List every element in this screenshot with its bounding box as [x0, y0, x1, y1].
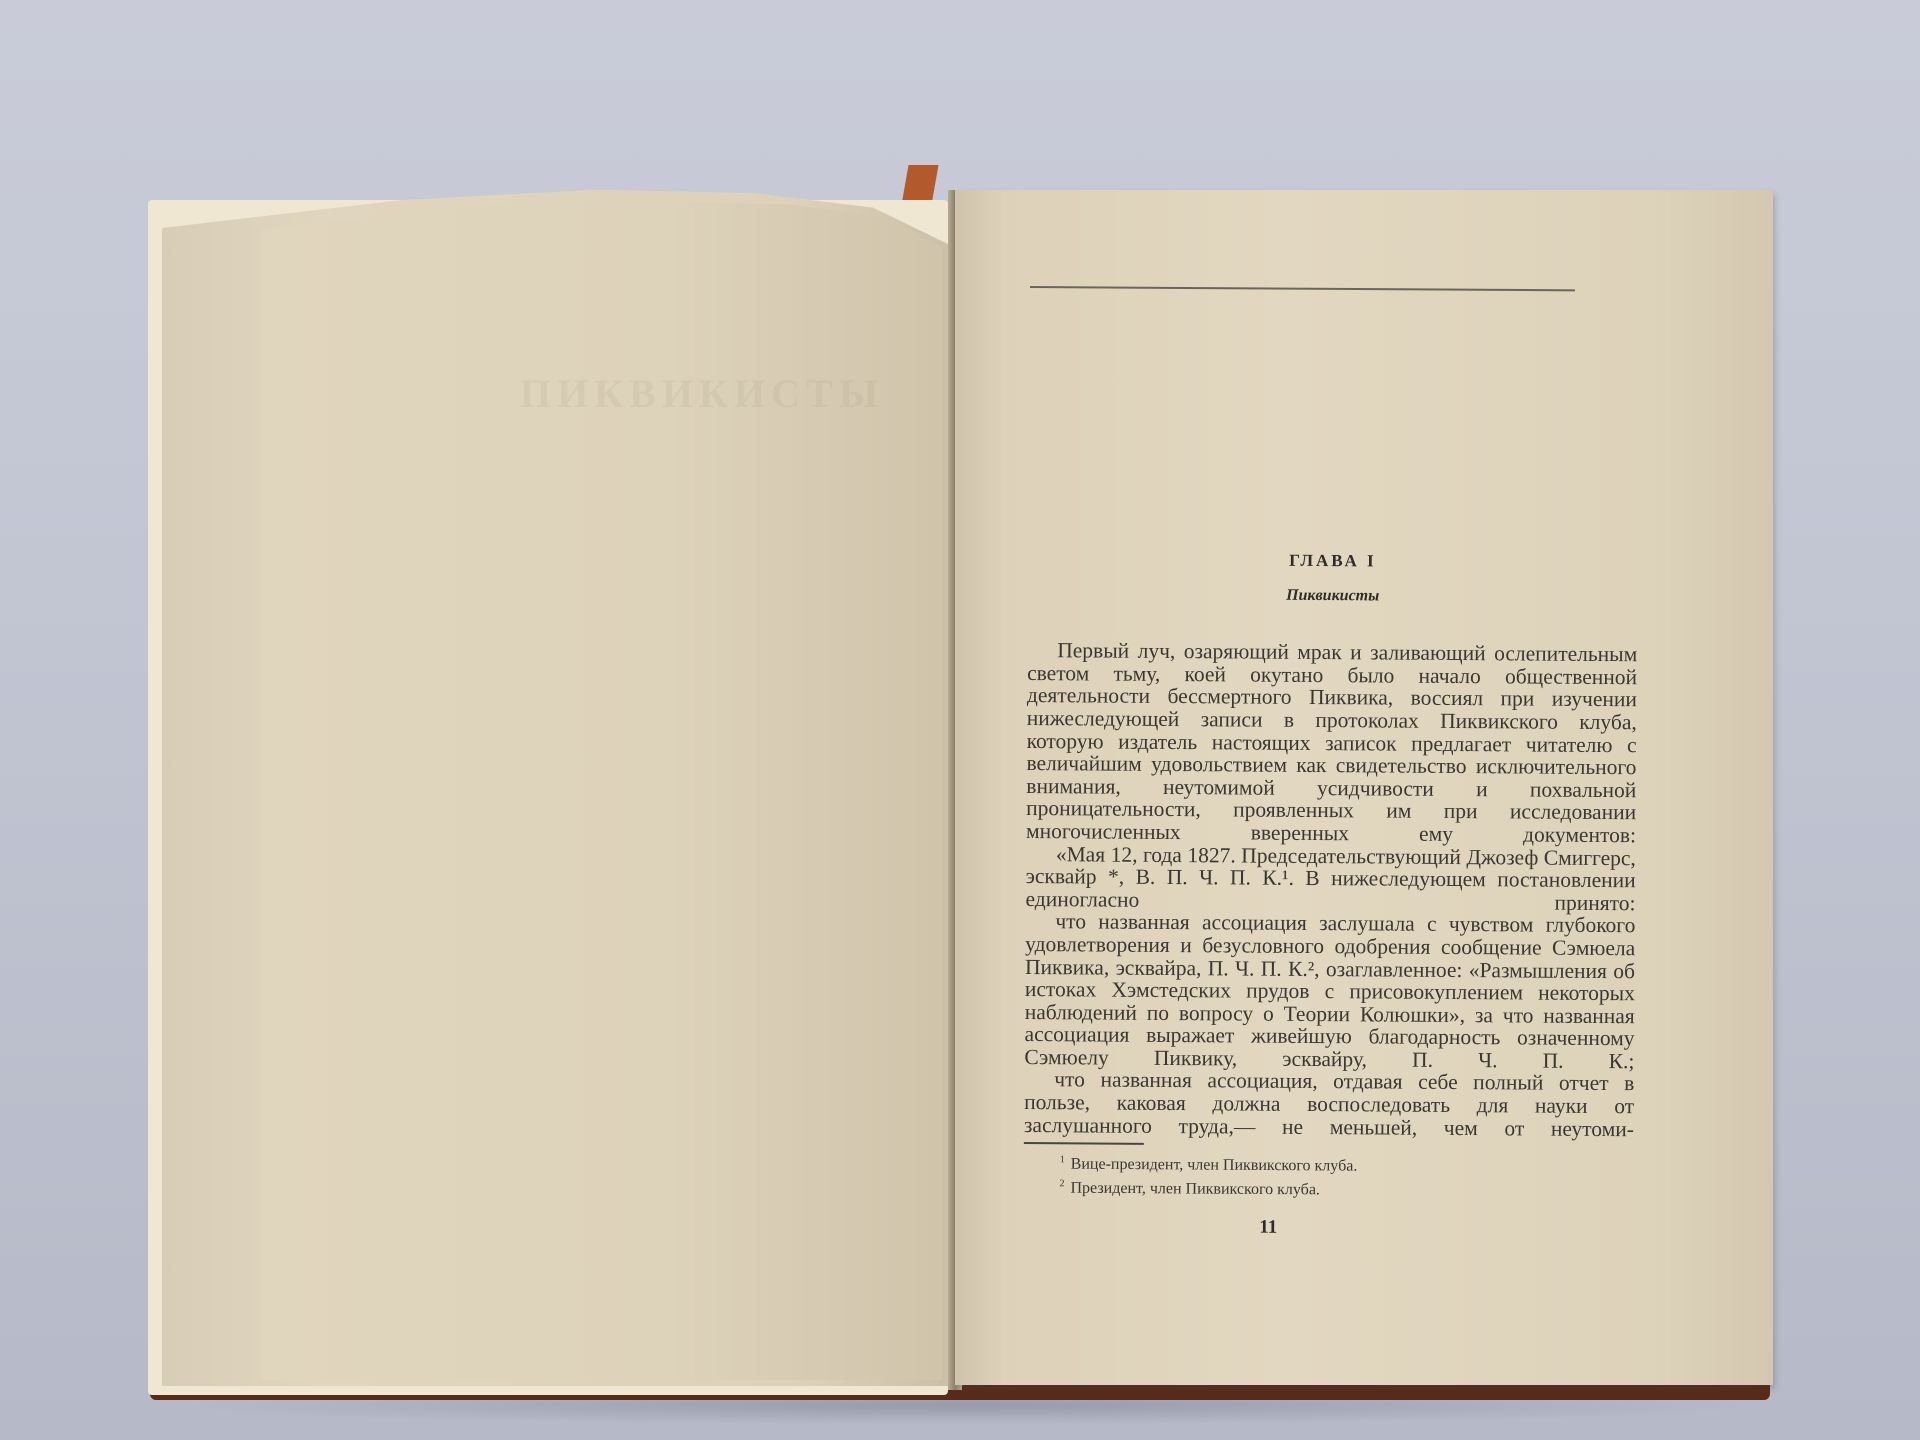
- footnote-2: 2Президент, член Пиквикского клуба.: [1023, 1174, 1633, 1202]
- footnote-text: Вице-президент, член Пиквикского клуба.: [1071, 1156, 1358, 1175]
- chapter-title: Пиквикисты: [1028, 583, 1638, 610]
- left-page-showthrough: ПИКВИКИСТЫ: [520, 370, 780, 410]
- chapter-heading: ГЛАВА I: [1028, 548, 1638, 575]
- paragraph-2: «Мая 12, года 1827. Председательствующий…: [1025, 843, 1635, 915]
- footnote-mark: 1: [1060, 1154, 1065, 1165]
- paragraph-3: что названная ассоциация заслушала с чув…: [1024, 910, 1635, 1072]
- footnote-rule: [1024, 1142, 1144, 1145]
- page-number: 11: [1023, 1215, 1633, 1242]
- book-cover-corner: [901, 165, 938, 205]
- footnote-mark: 2: [1060, 1178, 1065, 1189]
- paragraph-4: что названная ассоциация, отдавая себе п…: [1024, 1068, 1634, 1140]
- right-page-text: ГЛАВА I Пиквикисты Первый луч, озаряющий…: [1023, 548, 1638, 1242]
- paragraph-1: Первый луч, озаряющий мрак и заливающий …: [1026, 639, 1637, 847]
- footnote-text: Президент, член Пиквикского клуба.: [1070, 1179, 1320, 1198]
